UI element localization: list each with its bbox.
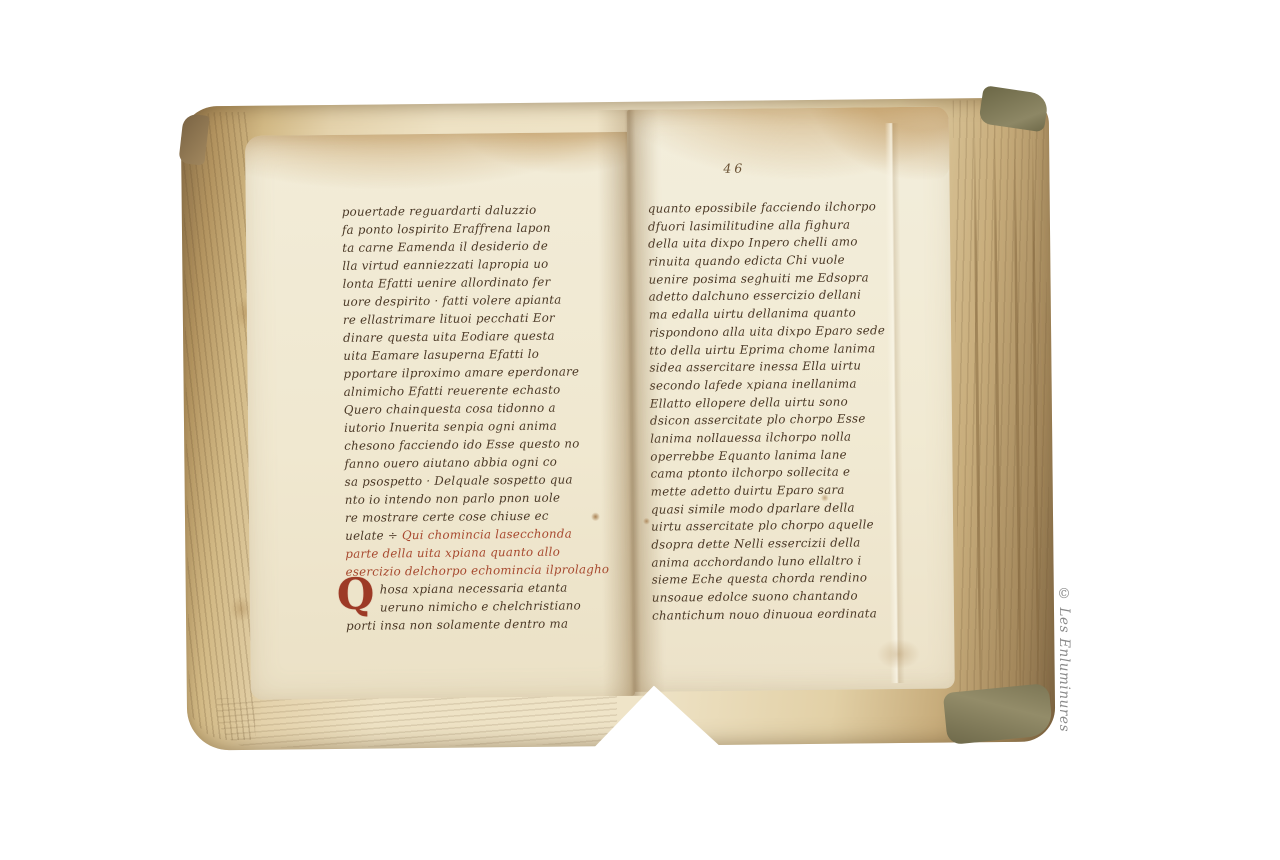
ink-text: anima acchordando luno ellaltro i — [651, 553, 861, 569]
ink-text: chesono facciendo ido Esse questo no — [344, 436, 579, 452]
ink-text: sa psospetto · Delquale sospetto qua — [345, 472, 573, 488]
ink-text: rinuita quando edicta Chi vuole — [648, 253, 845, 269]
ink-text: nto io intendo non parlo pnon uole — [345, 491, 561, 507]
ink-text: cama ptonto ilchorpo sollecita e — [650, 465, 850, 481]
ink-text: dfuori lasimilitudine alla fighura — [648, 217, 850, 233]
ink-text: dsopra dette Nelli essercizii della — [651, 536, 860, 552]
ink-text: ta carne Eamenda il desiderio de — [342, 239, 548, 255]
ink-text: rispondono alla uita dixpo Eparo sede — [649, 323, 885, 339]
bottom-page-edges — [217, 694, 618, 748]
ink-text: pouertade reguardarti daluzzio — [342, 203, 537, 219]
left-page-text: Q pouertade reguardarti daluzziofa ponto… — [342, 202, 613, 637]
ink-text: porti insa non solamente dentro ma — [346, 617, 568, 633]
text-line: chantichum nouo dinuoua eordinata — [652, 606, 906, 626]
ink-text: sieme Eche questa chorda rendino — [652, 571, 868, 587]
ink-text: unsoaue edolce suono chantando — [652, 589, 858, 605]
ink-text: tto della uirtu Eprima chome lanima — [649, 341, 875, 357]
ink-text: uelate ÷ — [345, 528, 402, 543]
ink-text: secondo lafede xpiana inellanima — [650, 376, 857, 392]
ink-text: dsicon assercitate plo chorpo Esse — [650, 412, 866, 428]
ink-text: alnimicho Efatti reuerente echasto — [344, 383, 561, 399]
ink-text: lanima nollauessa ilchorpo nolla — [650, 429, 851, 445]
ink-text: quanto epossibile facciendo ilchorpo — [648, 199, 876, 215]
ink-text: lla virtud eanniezzati lapropia uo — [342, 257, 548, 273]
ink-text: Quero chainquesta cosa tidonno a — [344, 401, 556, 417]
left-page-edges — [183, 112, 256, 741]
top-stain-left — [245, 132, 630, 210]
ink-text: Ellatto ellopere della uirtu sono — [650, 394, 848, 410]
ink-text: lonta Efatti uenire allordinato fer — [342, 275, 550, 291]
ink-text: iutorio Inuerita senpia ogni anima — [344, 419, 557, 435]
ink-text: quasi simile modo dparlare della — [651, 500, 855, 516]
ink-text: uore despirito · fatti volere apianta — [343, 293, 562, 309]
ink-text: hosa xpiana necessaria etanta — [380, 581, 568, 597]
ink-text: uenire posima seghuiti me Edsopra — [648, 270, 868, 286]
ink-text: pportare ilproximo amare eperdonare — [343, 364, 579, 380]
right-page-text: quanto epossibile facciendo ilchorpodfuo… — [648, 199, 906, 626]
ink-text: ma edalla uirtu dellanima quanto — [649, 306, 856, 322]
manuscript-photo: Q pouertade reguardarti daluzziofa ponto… — [0, 0, 1280, 860]
ink-text: re mostrare certe cose chiuse ec — [345, 509, 549, 525]
ink-text: adetto dalchuno essercizio dellani — [649, 288, 862, 304]
ink-text: uirtu assercitate plo chorpo aquelle — [651, 518, 874, 534]
open-book: Q pouertade reguardarti daluzziofa ponto… — [181, 89, 1056, 752]
ink-text: mette adetto duirtu Eparo sara — [651, 483, 845, 499]
ink-text: ueruno nimicho e chelchristiano — [380, 598, 581, 614]
ink-text: della uita dixpo Inpero chelli amo — [648, 235, 858, 251]
ink-text: uita Eamare lasuperna Efatti lo — [343, 347, 539, 363]
folio-number: 46 — [723, 161, 745, 176]
right-page: 46 quanto epossibile facciendo ilchorpod… — [627, 107, 955, 692]
ink-text: fa ponto lospirito Eraffrena lapon — [342, 221, 551, 237]
ink-text: re ellastrimare lituoi pecchati Eor — [343, 311, 555, 327]
ink-text: fanno ouero aiutano abbia ogni co — [344, 455, 557, 471]
text-line: porti insa non solamente dentro ma — [346, 616, 612, 637]
rubric-text: esercizio delchorpo echomincia ilprolagh… — [345, 562, 609, 579]
ink-text: sidea assercitare inessa Ella uirtu — [649, 359, 861, 375]
rubric-text: parte della uita xpiana quanto allo — [345, 545, 560, 561]
binding-top-left — [178, 113, 209, 166]
ink-text: operrebbe Equanto lanima lane — [650, 447, 847, 463]
top-stain-right — [627, 107, 950, 206]
watermark-credit: © Les Enluminures — [1056, 586, 1072, 746]
ink-text: chantichum nouo dinuoua eordinata — [652, 606, 877, 622]
rubric-text: Qui chomincia lasecchonda — [402, 526, 572, 542]
ink-text: dinare questa uita Eodiare questa — [343, 329, 555, 345]
left-page: Q pouertade reguardarti daluzziofa ponto… — [245, 132, 635, 700]
